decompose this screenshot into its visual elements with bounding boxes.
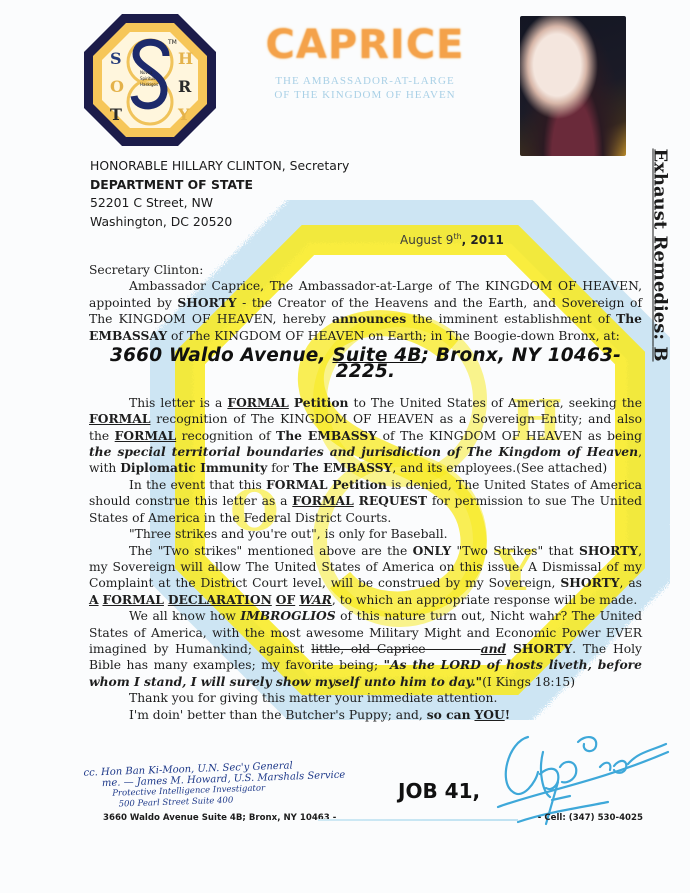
footer-phone: - Cell: (347) 530-4025: [538, 813, 643, 823]
paragraph-4: "Three strikes and you're out", is only …: [89, 526, 642, 542]
svg-text:Spiritus: Spiritus: [140, 76, 155, 81]
svg-text:TM: TM: [167, 39, 177, 46]
letter-date: August 9th, 2011: [400, 232, 504, 247]
recipient-department: DEPARTMENT OF STATE: [90, 176, 349, 195]
closing-reference: JOB 41,: [398, 779, 480, 803]
shorty-logo: S O T H R Y TM Novus Spiritus Haskigos: [80, 10, 220, 150]
side-label: Exhaust Remedies: B: [640, 130, 680, 380]
svg-text:T: T: [110, 105, 122, 124]
recipient-address: HONORABLE HILLARY CLINTON, Secretary DEP…: [90, 157, 349, 231]
brand-title: CAPRICE: [240, 22, 490, 68]
salutation: Secretary Clinton:: [89, 262, 642, 278]
recipient-city: Washington, DC 20520: [90, 213, 349, 232]
recipient-street: 52201 C Street, NW: [90, 194, 349, 213]
letter-body: Secretary Clinton: Ambassador Caprice, T…: [89, 262, 642, 723]
recipient-name: HONORABLE HILLARY CLINTON, Secretary: [90, 157, 349, 176]
svg-text:R: R: [178, 77, 192, 96]
paragraph-7: Thank you for giving this matter your im…: [89, 690, 642, 706]
brand-subtitle: THE AMBASSADOR-AT-LARGE OF THE KINGDOM O…: [240, 74, 490, 102]
letter-footer: 3660 Waldo Avenue Suite 4B; Bronx, NY 10…: [103, 813, 643, 827]
embassy-address: 3660 Waldo Avenue, Suite 4B; Bronx, NY 1…: [89, 348, 642, 381]
paragraph-1: Ambassador Caprice, The Ambassador-at-La…: [89, 278, 642, 344]
brand-block: CAPRICE THE AMBASSADOR-AT-LARGE OF THE K…: [240, 22, 490, 102]
paragraph-3: In the event that this FORMAL Petition i…: [89, 477, 642, 526]
paragraph-5: The "Two strikes" mentioned above are th…: [89, 543, 642, 609]
paragraph-6: We all know how IMBROGLIOS of this natur…: [89, 608, 642, 690]
faded-text: [318, 819, 518, 821]
handwritten-cc: cc. Hon Ban Ki-Moon, U.N. Sec'y General …: [83, 756, 414, 811]
svg-text:H: H: [178, 49, 193, 68]
portrait-photo: [520, 16, 626, 156]
svg-text:Haskigos: Haskigos: [140, 82, 158, 87]
svg-text:Y: Y: [177, 105, 190, 124]
svg-text:O: O: [110, 77, 124, 96]
footer-address: 3660 Waldo Avenue Suite 4B; Bronx, NY 10…: [103, 813, 336, 823]
logo-letter-s: S: [110, 49, 122, 68]
svg-text:Novus: Novus: [140, 70, 152, 75]
paragraph-2: This letter is a FORMAL Petition to The …: [89, 395, 642, 477]
